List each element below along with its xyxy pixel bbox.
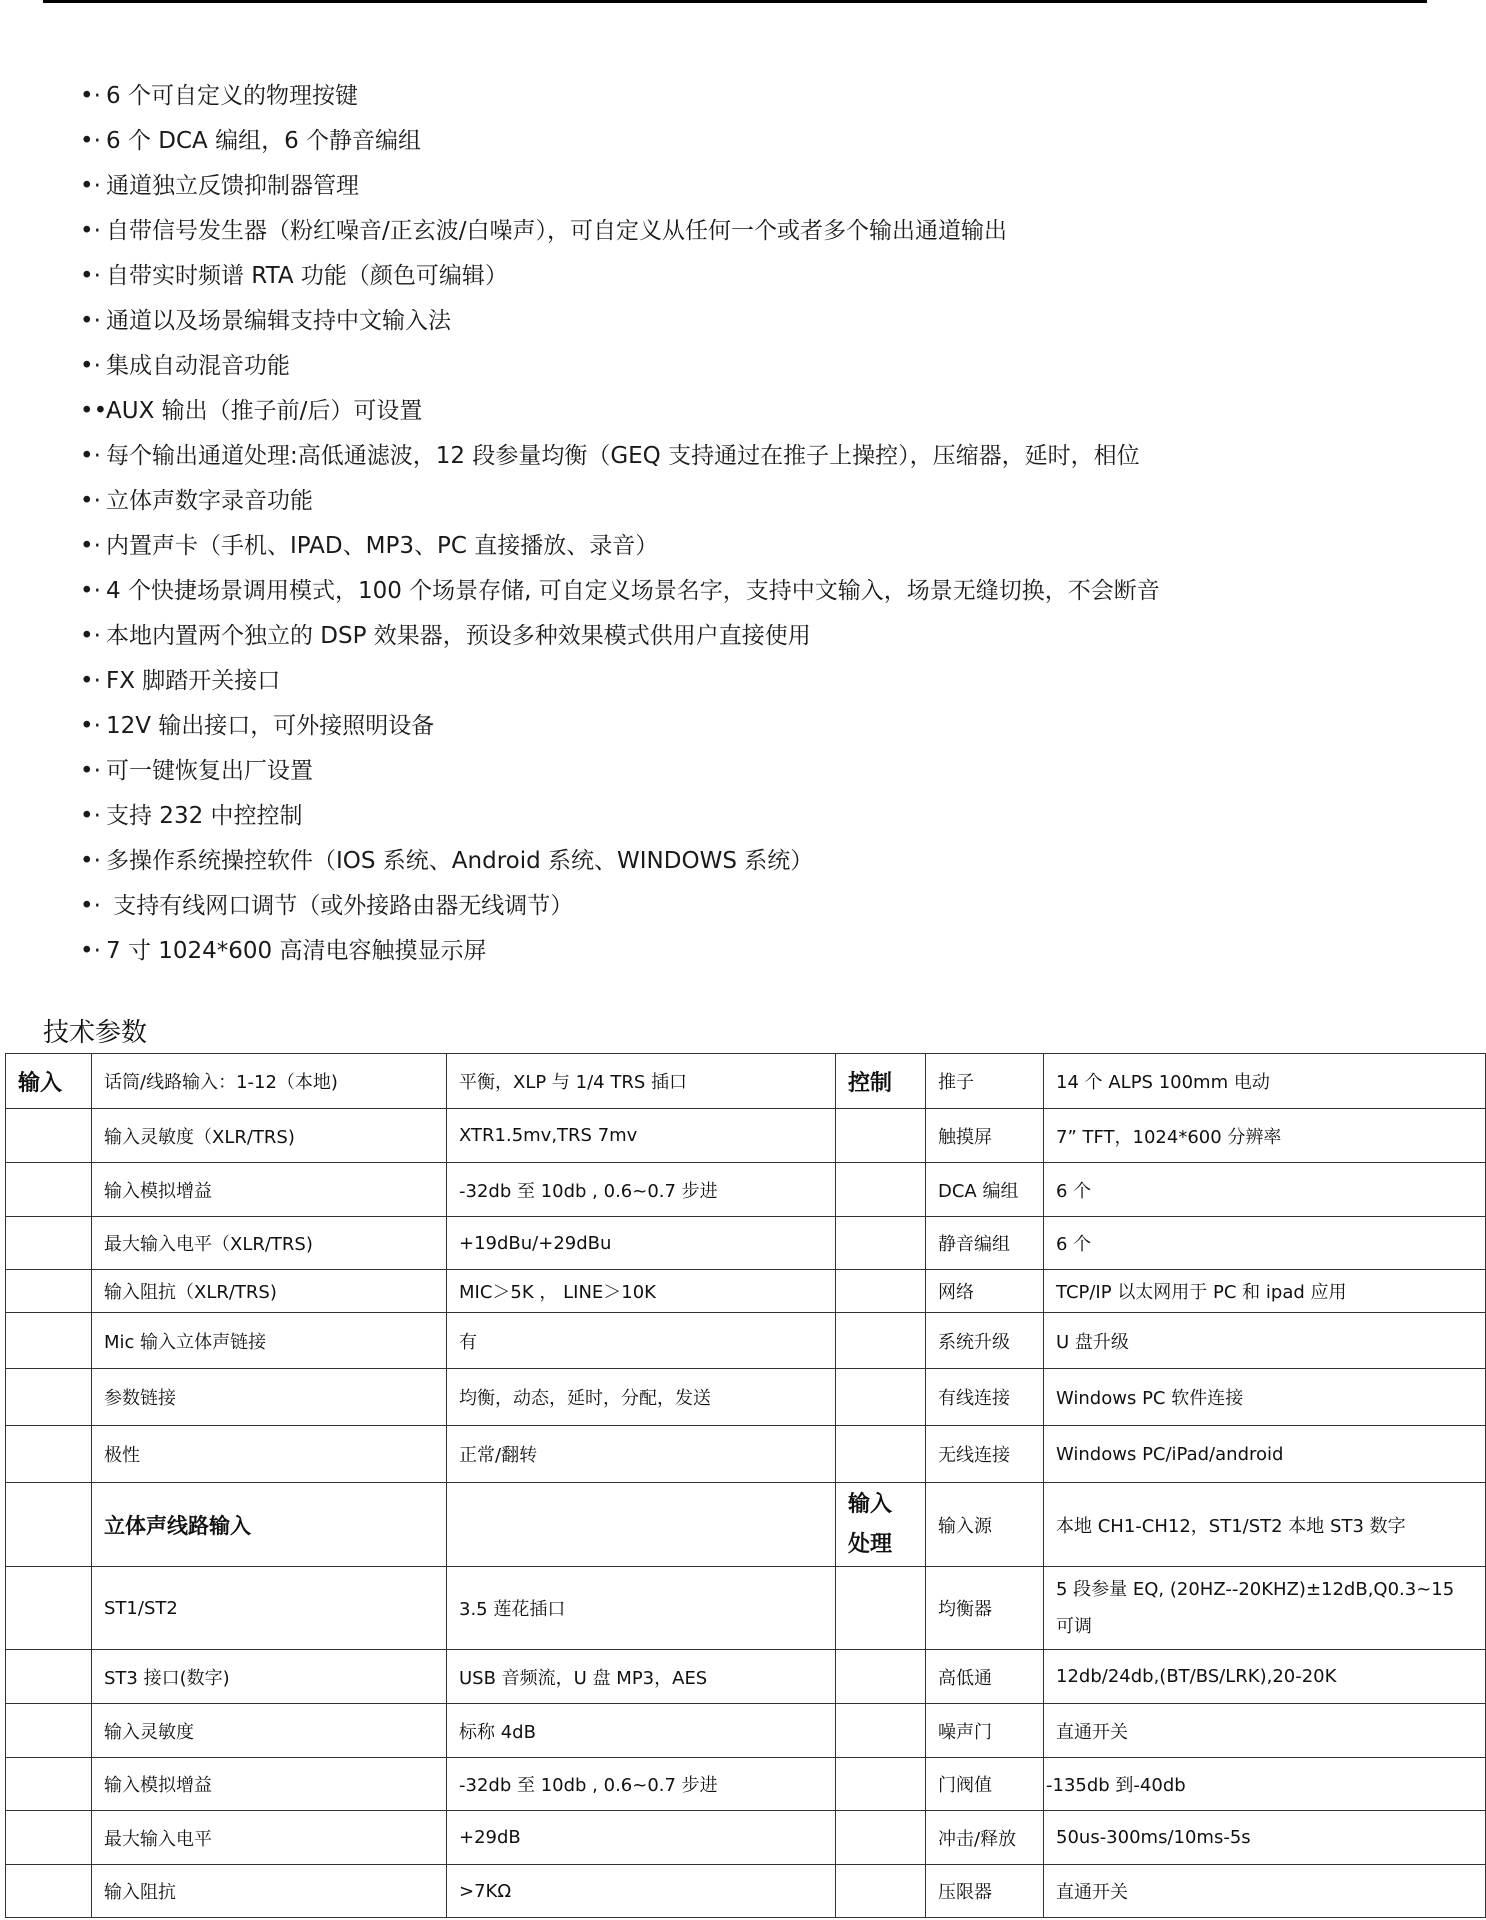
section-title: 技术参数: [43, 1015, 147, 1051]
bullet-icon: ••·: [80, 389, 106, 434]
param-value: Windows PC 软件连接: [1044, 1369, 1486, 1426]
feature-item: •·6 个可自定义的物理按键: [80, 74, 1160, 119]
param-name: 噪声门: [926, 1704, 1044, 1758]
bullet-icon: •·: [80, 749, 106, 794]
bullet-icon: •·: [80, 119, 106, 164]
category-cell: [836, 1109, 926, 1163]
bullet-icon: •·: [80, 659, 106, 704]
feature-item: •·本地内置两个独立的 DSP 效果器，预设多种效果模式供用户直接使用: [80, 614, 1160, 659]
param-name: 参数链接: [92, 1369, 447, 1426]
feature-item: •·可一键恢复出厂设置: [80, 749, 1160, 794]
category-cell: [836, 1704, 926, 1758]
param-name: 输入阻抗: [92, 1865, 447, 1918]
table-row: 参数链接 均衡，动态，延时，分配，发送 有线连接 Windows PC 软件连接: [6, 1369, 1486, 1426]
category-cell: [6, 1426, 92, 1483]
feature-list: •·6 个可自定义的物理按键 •·6 个 DCA 编组，6 个静音编组 •·通道…: [80, 74, 1160, 974]
table-row: ST1/ST2 3.5 莲花插口 均衡器 5 段参量 EQ, (20HZ--20…: [6, 1567, 1486, 1650]
param-value: -32db 至 10db , 0.6~0.7 步进: [447, 1163, 836, 1217]
category-cell: [6, 1811, 92, 1865]
bullet-icon: •·: [80, 479, 106, 524]
feature-item: •·每个输出通道处理:高低通滤波，12 段参量均衡（GEQ 支持通过在推子上操控…: [80, 434, 1160, 479]
top-divider: [43, 0, 1427, 3]
feature-item: •·集成自动混音功能: [80, 344, 1160, 389]
bullet-icon: •·: [80, 434, 106, 479]
feature-item: •·FX 脚踏开关接口: [80, 659, 1160, 704]
param-value: 标称 4dB: [447, 1704, 836, 1758]
feature-item: •·多操作系统操控软件（IOS 系统、Android 系统、WINDOWS 系统…: [80, 839, 1160, 884]
param-name: Mic 输入立体声链接: [92, 1313, 447, 1369]
table-row: 输入模拟增益 -32db 至 10db , 0.6~0.7 步进 门阀值 -13…: [6, 1758, 1486, 1811]
category-cell: [6, 1109, 92, 1163]
bullet-icon: •·: [80, 614, 106, 659]
param-name: 极性: [92, 1426, 447, 1483]
param-name: 输入灵敏度: [92, 1704, 447, 1758]
table-row: 输入灵敏度（XLR/TRS) XTR1.5mv,TRS 7mv 触摸屏 7” T…: [6, 1109, 1486, 1163]
category-cell: [6, 1313, 92, 1369]
param-name: 无线连接: [926, 1426, 1044, 1483]
spec-table: 输入 话筒/线路输入：1-12（本地) 平衡，XLP 与 1/4 TRS 插口 …: [5, 1053, 1486, 1918]
feature-item: •·4 个快捷场景调用模式，100 个场景存储, 可自定义场景名字，支持中文输入…: [80, 569, 1160, 614]
feature-item: •·6 个 DCA 编组，6 个静音编组: [80, 119, 1160, 164]
feature-item: •·12V 输出接口，可外接照明设备: [80, 704, 1160, 749]
param-value: 3.5 莲花插口: [447, 1567, 836, 1650]
param-value: MIC＞5K ， LINE＞10K: [447, 1270, 836, 1313]
category-cell: [836, 1426, 926, 1483]
table-row: 输入 话筒/线路输入：1-12（本地) 平衡，XLP 与 1/4 TRS 插口 …: [6, 1054, 1486, 1109]
category-cell: [836, 1811, 926, 1865]
category-cell: [836, 1865, 926, 1918]
category-cell: 控制: [836, 1054, 926, 1109]
category-cell: 输入处理: [836, 1483, 926, 1567]
bullet-icon: •·: [80, 884, 106, 929]
bullet-icon: •·: [80, 794, 106, 839]
table-row: ST3 接口(数字) USB 音频流，U 盘 MP3，AES 高低通 12db/…: [6, 1650, 1486, 1704]
bullet-icon: •·: [80, 254, 106, 299]
param-name: 输入阻抗（XLR/TRS): [92, 1270, 447, 1313]
param-name: 触摸屏: [926, 1109, 1044, 1163]
category-cell: [6, 1369, 92, 1426]
param-name: 压限器: [926, 1865, 1044, 1918]
param-name: 有线连接: [926, 1369, 1044, 1426]
param-value: 均衡，动态，延时，分配，发送: [447, 1369, 836, 1426]
param-name: 高低通: [926, 1650, 1044, 1704]
category-cell: [6, 1758, 92, 1811]
category-cell: [836, 1270, 926, 1313]
feature-item: •·内置声卡（手机、IPAD、MP3、PC 直接播放、录音）: [80, 524, 1160, 569]
param-name: DCA 编组: [926, 1163, 1044, 1217]
param-value: 直通开关: [1044, 1704, 1486, 1758]
category-cell: [836, 1217, 926, 1270]
category-cell: [836, 1163, 926, 1217]
bullet-icon: •·: [80, 839, 106, 884]
param-value: USB 音频流，U 盘 MP3，AES: [447, 1650, 836, 1704]
param-name: 冲击/释放: [926, 1811, 1044, 1865]
param-value: -135db 到-40db: [1044, 1758, 1486, 1811]
category-cell: [6, 1217, 92, 1270]
param-name: 输入灵敏度（XLR/TRS): [92, 1109, 447, 1163]
category-cell: [836, 1650, 926, 1704]
table-row: 最大输入电平（XLR/TRS) +19dBu/+29dBu 静音编组 6 个: [6, 1217, 1486, 1270]
param-name: 网络: [926, 1270, 1044, 1313]
category-cell: [6, 1567, 92, 1650]
feature-item: •·立体声数字录音功能: [80, 479, 1160, 524]
param-name: 输入模拟增益: [92, 1758, 447, 1811]
param-value: 12db/24db,(BT/BS/LRK),20-20K: [1044, 1650, 1486, 1704]
param-name: 最大输入电平（XLR/TRS): [92, 1217, 447, 1270]
category-cell: [836, 1313, 926, 1369]
category-cell: [6, 1163, 92, 1217]
category-cell: [6, 1483, 92, 1567]
param-name: 输入模拟增益: [92, 1163, 447, 1217]
param-value: -32db 至 10db , 0.6~0.7 步进: [447, 1758, 836, 1811]
param-value: Windows PC/iPad/android: [1044, 1426, 1486, 1483]
category-cell: [6, 1270, 92, 1313]
feature-item: •·自带信号发生器（粉红噪音/正玄波/白噪声），可自定义从任何一个或者多个输出通…: [80, 209, 1160, 254]
table-row: 最大输入电平 +29dB 冲击/释放 50us-300ms/10ms-5s: [6, 1811, 1486, 1865]
param-name: 最大输入电平: [92, 1811, 447, 1865]
param-name: 系统升级: [926, 1313, 1044, 1369]
param-value: 7” TFT，1024*600 分辨率: [1044, 1109, 1486, 1163]
category-cell: [836, 1567, 926, 1650]
param-value: 6 个: [1044, 1163, 1486, 1217]
param-value: 有: [447, 1313, 836, 1369]
feature-item: •·自带实时频谱 RTA 功能（颜色可编辑）: [80, 254, 1160, 299]
bullet-icon: •·: [80, 74, 106, 119]
bullet-icon: •·: [80, 524, 106, 569]
category-cell: [836, 1369, 926, 1426]
param-value: TCP/IP 以太网用于 PC 和 ipad 应用: [1044, 1270, 1486, 1313]
category-cell: [6, 1865, 92, 1918]
param-value: XTR1.5mv,TRS 7mv: [447, 1109, 836, 1163]
bullet-icon: •·: [80, 164, 106, 209]
param-value: 6 个: [1044, 1217, 1486, 1270]
param-name: 静音编组: [926, 1217, 1044, 1270]
param-name: 输入源: [926, 1483, 1044, 1567]
table-row: 输入阻抗 >7KΩ 压限器 直通开关: [6, 1865, 1486, 1918]
param-name: 话筒/线路输入：1-12（本地): [92, 1054, 447, 1109]
bullet-icon: •·: [80, 929, 106, 974]
bullet-icon: •·: [80, 299, 106, 344]
param-name: 门阀值: [926, 1758, 1044, 1811]
bullet-icon: •·: [80, 209, 106, 254]
param-name: ST3 接口(数字): [92, 1650, 447, 1704]
param-value: 本地 CH1-CH12，ST1/ST2 本地 ST3 数字: [1044, 1483, 1486, 1567]
param-value: 5 段参量 EQ, (20HZ--20KHZ)±12dB,Q0.3~15 可调: [1044, 1567, 1486, 1650]
param-value: 直通开关: [1044, 1865, 1486, 1918]
bullet-icon: •·: [80, 569, 106, 614]
bullet-icon: •·: [80, 704, 106, 749]
category-cell: 输入: [6, 1054, 92, 1109]
feature-item: •·通道以及场景编辑支持中文输入法: [80, 299, 1160, 344]
category-cell: [836, 1758, 926, 1811]
feature-item: ••·AUX 输出（推子前/后）可设置: [80, 389, 1160, 434]
feature-item: •·7 寸 1024*600 高清电容触摸显示屏: [80, 929, 1160, 974]
param-value: +29dB: [447, 1811, 836, 1865]
param-value: 正常/翻转: [447, 1426, 836, 1483]
subsection-heading: 立体声线路输入: [92, 1483, 447, 1567]
category-cell: [6, 1704, 92, 1758]
category-cell: [6, 1650, 92, 1704]
param-name: 均衡器: [926, 1567, 1044, 1650]
param-value: +19dBu/+29dBu: [447, 1217, 836, 1270]
feature-item: •·通道独立反馈抑制器管理: [80, 164, 1160, 209]
table-row: Mic 输入立体声链接 有 系统升级 U 盘升级: [6, 1313, 1486, 1369]
param-value: 14 个 ALPS 100mm 电动: [1044, 1054, 1486, 1109]
param-value: >7KΩ: [447, 1865, 836, 1918]
table-row: 输入灵敏度 标称 4dB 噪声门 直通开关: [6, 1704, 1486, 1758]
param-value: 50us-300ms/10ms-5s: [1044, 1811, 1486, 1865]
bullet-icon: •·: [80, 344, 106, 389]
table-row: 立体声线路输入 输入处理 输入源 本地 CH1-CH12，ST1/ST2 本地 …: [6, 1483, 1486, 1567]
table-row: 输入阻抗（XLR/TRS) MIC＞5K ， LINE＞10K 网络 TCP/I…: [6, 1270, 1486, 1313]
param-value: [447, 1483, 836, 1567]
param-value: U 盘升级: [1044, 1313, 1486, 1369]
table-row: 极性 正常/翻转 无线连接 Windows PC/iPad/android: [6, 1426, 1486, 1483]
param-value: 平衡，XLP 与 1/4 TRS 插口: [447, 1054, 836, 1109]
feature-item: •· 支持有线网口调节（或外接路由器无线调节）: [80, 884, 1160, 929]
feature-item: •·支持 232 中控控制: [80, 794, 1160, 839]
param-name: ST1/ST2: [92, 1567, 447, 1650]
param-name: 推子: [926, 1054, 1044, 1109]
table-row: 输入模拟增益 -32db 至 10db , 0.6~0.7 步进 DCA 编组 …: [6, 1163, 1486, 1217]
